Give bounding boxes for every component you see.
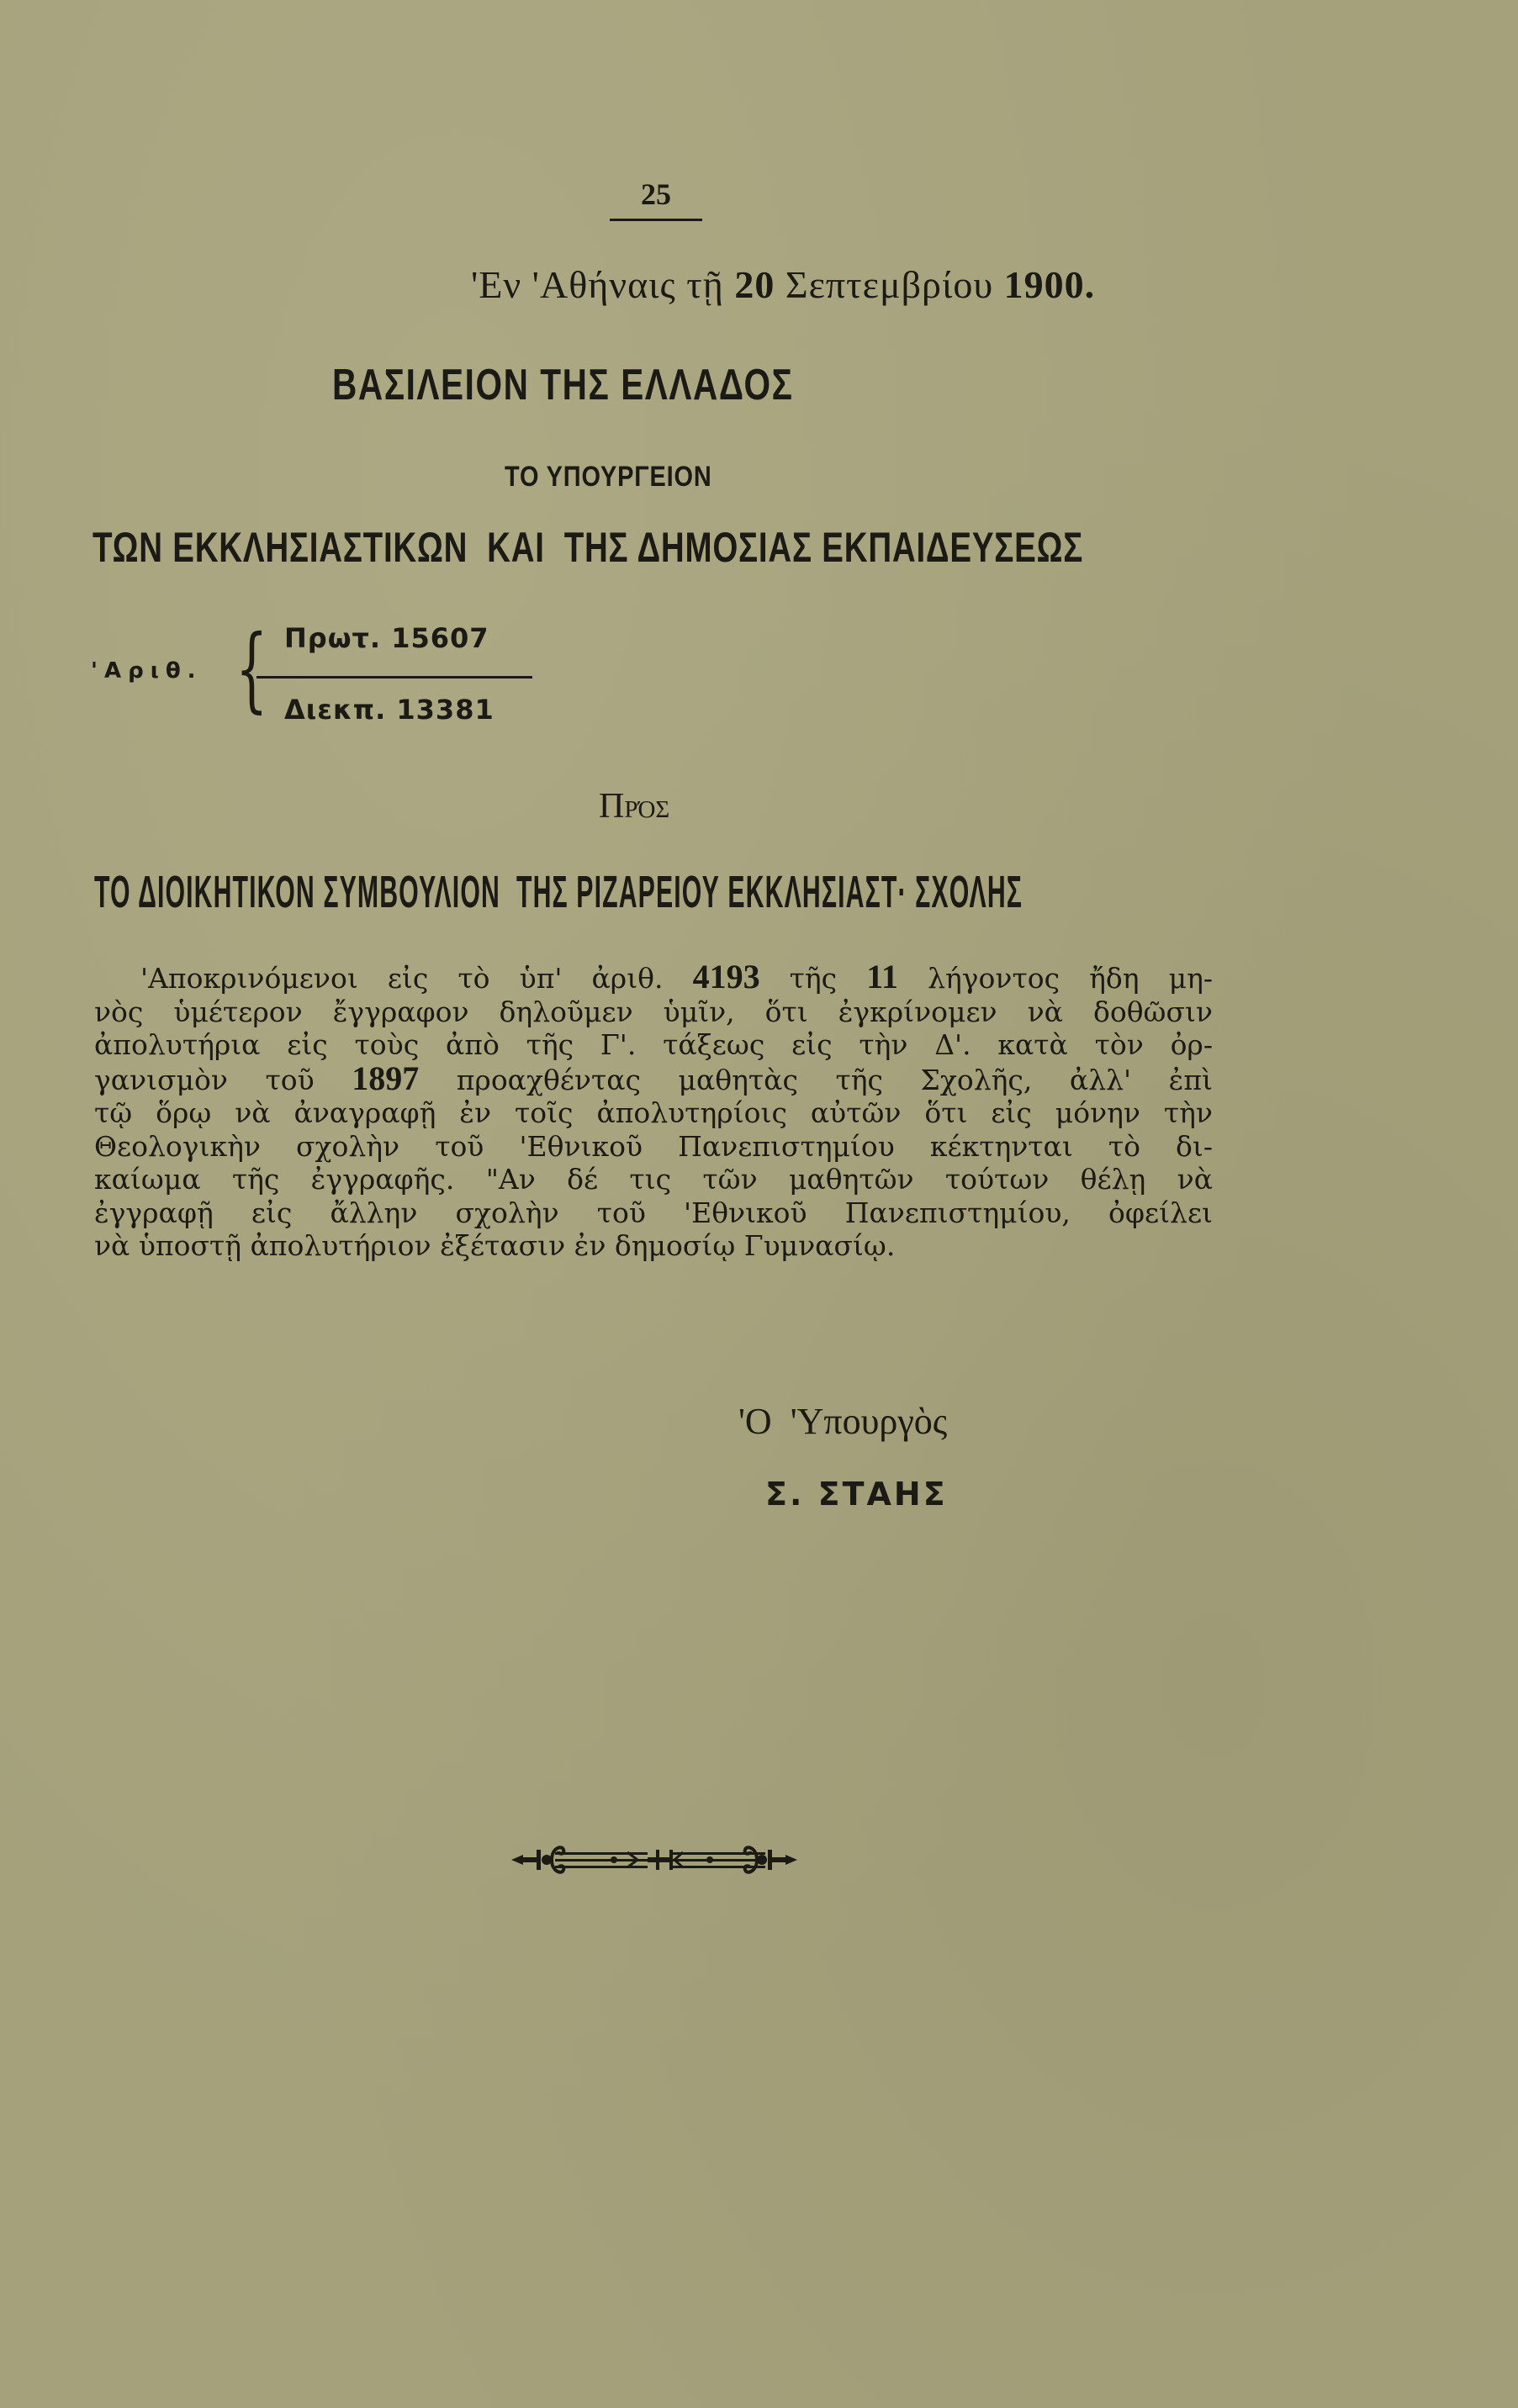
body-line: ἐγγραφῇ εἰς ἄλλην σχολὴν τοῦ 'Εθνικοῦ Πα… bbox=[94, 1196, 1213, 1230]
body-line: νὰ ὑποστῇ ἀπολυτήριον ἐξέτασιν ἐν δημοσί… bbox=[94, 1229, 1213, 1263]
dateline-day: 20 bbox=[734, 263, 775, 306]
ministry-full-heading: ΤΩΝ ΕΚΚΛΗΣΙΑΣΤΙΚΩΝ ΚΑι ΤΗΣ ΔΗΜΟΣΙΑΣ ΕΚΠΑ… bbox=[93, 523, 1083, 572]
dateline-prefix: 'Εν 'Αθήναις τῇ bbox=[471, 263, 734, 306]
reference-rule bbox=[257, 676, 532, 679]
dateline-year: 1900. bbox=[1004, 263, 1096, 306]
document-page: 25 'Εν 'Αθήναις τῇ 20 Σεπτεμβρίου 1900. … bbox=[0, 0, 1518, 2408]
body-line: τῷ ὅρῳ νὰ ἀναγραφῇ ἐν τοῖς ἀπολυτηρίοις … bbox=[94, 1096, 1213, 1130]
ministry-heading: ΤΟ ΥΠΟΥΡΓΕΙΟΝ bbox=[505, 461, 712, 494]
reference-label: 'Αριθ. bbox=[91, 658, 203, 684]
body-line: ἀπολυτήρια εἰς τοὺς ἀπὸ τῆς Γ'. τάξεως ε… bbox=[94, 1028, 1213, 1062]
page-number: 25 bbox=[610, 177, 702, 212]
signature-name: Σ. ΣΤΑΗΣ bbox=[765, 1476, 948, 1513]
letter-body: 'Αποκρινόμενοι εἰς τὸ ὑπ' ἀριθ. 4193 τῆς… bbox=[94, 960, 1213, 1263]
fleuron-divider-icon bbox=[511, 1835, 797, 1885]
page-number-rule bbox=[610, 219, 702, 221]
reference-brace: { bbox=[235, 622, 268, 715]
dispatch-number: Διεκπ. 13381 bbox=[284, 694, 495, 726]
protocol-number: Πρωτ. 15607 bbox=[284, 622, 489, 654]
body-line: 'Αποκρινόμενοι εἰς τὸ ὑπ' ἀριθ. 4193 τῆς… bbox=[94, 960, 1213, 995]
body-line: καίωμα τῆς ἐγγραφῆς. "Αν δέ τις τῶν μαθη… bbox=[94, 1163, 1213, 1196]
dateline-month: Σεπτεμβρίου bbox=[775, 263, 1003, 306]
body-line: γανισμὸν τοῦ 1897 προαχθέντας μαθητὰς τῆ… bbox=[94, 1062, 1213, 1097]
body-line: Θεολογικὴν σχολὴν τοῦ 'Εθνικοῦ Πανεπιστη… bbox=[94, 1130, 1213, 1164]
kingdom-heading: ΒΑΣΙΛΕΙΟΝ ΤΗΣ ΕΛΛΑΔΟΣ bbox=[332, 360, 794, 410]
dateline: 'Εν 'Αθήναις τῇ 20 Σεπτεμβρίου 1900. bbox=[471, 262, 1095, 307]
body-line: νὸς ὑμέτερον ἔγγραφον δηλοῦμεν ὑμῖν, ὅτι… bbox=[94, 995, 1213, 1029]
recipient-heading: ΤΟ ΔΙΟΙΚΗΤΙΚΟΝ ΣΥΜΒΟΥΛΙΟΝ ΤΗΣ ΡΙΖΑΡΕΙΟΥ … bbox=[94, 866, 1023, 918]
addressee-pros: Πρός bbox=[599, 786, 669, 826]
signature-title: 'Ο 'Υπουργὸς bbox=[738, 1400, 947, 1443]
